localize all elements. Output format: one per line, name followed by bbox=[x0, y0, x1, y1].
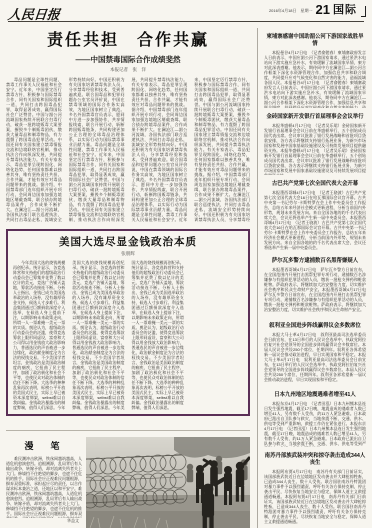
essay-body: 难民潮冲击欧洲，铁丝网越筑越高，人道危机愈演愈烈。追根溯源，乱局背后有人输出战争… bbox=[6, 456, 82, 518]
sidebar-article: 古巴共产党第七次全国代表大会开幕 本报墨西哥城4月17日电 （记者王骁波）古巴共… bbox=[264, 181, 366, 252]
boxed-article-body: 今年美国大选的烧钱规模再创纪录。统计显示，各竞选阵营和支持他们的超级政治行动委员… bbox=[13, 260, 243, 410]
sidebar-article: 柬埔寨感谢中国助湄公河下游国家战胜旱情 本报曼谷4月17日电 （记者俞懿春）柬埔… bbox=[264, 34, 366, 108]
sidebar-article-title: 叙利亚全国进步阵线赢得议会多数席位 bbox=[264, 323, 366, 330]
bottom-rule bbox=[6, 430, 250, 431]
treeline bbox=[174, 437, 250, 458]
column-divider bbox=[257, 28, 258, 528]
boxed-commentary-article: 美国大选尽显金钱政治本质 张朋辉 今年美国大选的烧钱规模再创纪录。统计显示，各竞… bbox=[6, 229, 250, 416]
sidebar-article-title: 南苏丹部族武装冲突和掠夺袭击造成344人丧生 bbox=[264, 453, 366, 467]
sidebar-column: 柬埔寨感谢中国助湄公河下游国家战胜旱情 本报曼谷4月17日电 （记者俞懿春）柬埔… bbox=[264, 28, 366, 528]
essay-column: 漫 笔 难民潮冲击欧洲，铁丝网越筑越高，人道危机愈演愈烈。追根溯源，乱局背后有人… bbox=[6, 437, 82, 528]
main-column: 责任共担 合作共赢 ——中国禁毒国际合作成绩斐然 本报记者 张 洋 毒品问题是全… bbox=[6, 26, 250, 416]
sidebar-article: 南苏丹部族武装冲突和掠夺袭击造成344人丧生 本报阿布贾4月17日电 南苏丹有关… bbox=[264, 453, 366, 528]
boxed-article-title: 美国大选尽显金钱政治本质 bbox=[13, 236, 243, 249]
essay-signature: 华益文 bbox=[6, 518, 82, 524]
newspaper-page: 人民日报 2016年4月18日 星期一 21 国际 责任共担 合作共赢 ——中国… bbox=[0, 0, 372, 528]
sidebar-article-body: 本报大马士革4月17日电 叙利亚最高司法选举委员会日前宣布，在13日举行的人民议… bbox=[264, 332, 366, 386]
lead-article: 责任共担 合作共赢 ——中国禁毒国际合作成绩斐然 本报记者 张 洋 毒品问题是全… bbox=[6, 32, 250, 223]
sidebar-article: 叙利亚全国进步阵线赢得议会多数席位 本报大马士革4月17日电 叙利亚最高司法选举… bbox=[264, 323, 366, 386]
lead-article-subtitle: ——中国禁毒国际合作成绩斐然 bbox=[6, 55, 250, 64]
lead-article-title: 责任共担 合作共赢 bbox=[6, 32, 250, 50]
sidebar-article-title: 萨尔瓦多警方逮捕数百名黑帮嫌疑人 bbox=[264, 258, 366, 265]
page-header: 人民日报 2016年4月18日 星期一 21 国际 bbox=[8, 3, 366, 23]
lead-article-byline: 本报记者 张 洋 bbox=[6, 67, 250, 73]
essay-title: 漫 笔 bbox=[6, 441, 82, 452]
sidebar-article-body: 本报东京4月17日电 （记者田泓）日本九州熊本县连日发生强烈地震，截至17日晚，… bbox=[264, 401, 366, 447]
news-photo-image bbox=[86, 437, 250, 528]
sidebar-article-title: 日本九州地区地震遇难者增至41人 bbox=[264, 392, 366, 399]
header-right: 2016年4月18日 星期一 21 国际 bbox=[269, 3, 366, 17]
section-bracket-icon bbox=[361, 6, 366, 17]
page-date: 2016年4月18日 星期一 bbox=[269, 8, 313, 17]
news-photo bbox=[86, 437, 250, 528]
sidebar-article: 金砖国家新开发银行首届理事会会议举行 本报华盛顿4月17日电 （记者吴乐珺）金砖… bbox=[264, 114, 366, 175]
boxed-article-byline: 张朋辉 bbox=[13, 251, 243, 257]
sidebar-article-title: 古巴共产党第七次全国代表大会开幕 bbox=[264, 181, 366, 188]
sidebar-article: 日本九州地区地震遇难者增至41人 本报东京4月17日电 （记者田泓）日本九州熊本… bbox=[264, 392, 366, 447]
lead-article-body: 毒品问题是全球性问题，禁毒工作事关人民福祉和社会安宁。近年来，中国坚定厉行禁毒方… bbox=[6, 77, 250, 223]
sidebar-article: 萨尔瓦多警方逮捕数百名黑帮嫌疑人 本报墨西哥城4月17日电 萨尔瓦多警方日前宣布… bbox=[264, 258, 366, 317]
sidebar-article-title: 金砖国家新开发银行首届理事会会议举行 bbox=[264, 114, 366, 121]
header-rule bbox=[8, 21, 364, 22]
sidebar-article-body: 本报墨西哥城4月17日电 （记者王骁波）古巴共产党第七次全国代表大会16日在哈瓦… bbox=[264, 190, 366, 252]
sidebar-article-body: 本报华盛顿4月17日电 （记者吴乐珺）金砖国家新开发银行首届理事会会议日前在华盛… bbox=[264, 123, 366, 175]
sidebar-article-body: 本报墨西哥城4月17日电 萨尔瓦多警方日前宣布，在全国范围内开展打击黑帮犯罪专项… bbox=[264, 267, 366, 317]
sidebar-article-body: 本报阿布贾4月17日电 南苏丹有关部门日前证实，该国部族武装近日在边境地区发动袭… bbox=[264, 469, 366, 528]
page-number: 21 bbox=[316, 3, 330, 17]
sidebar-article-body: 本报曼谷4月17日电 （记者俞懿春）柬埔寨政府发言人日前表示，中国应湄公河下游国… bbox=[264, 50, 366, 108]
sidebar-article-title: 柬埔寨感谢中国助湄公河下游国家战胜旱情 bbox=[264, 34, 366, 48]
section-label: 国际 bbox=[333, 4, 357, 17]
